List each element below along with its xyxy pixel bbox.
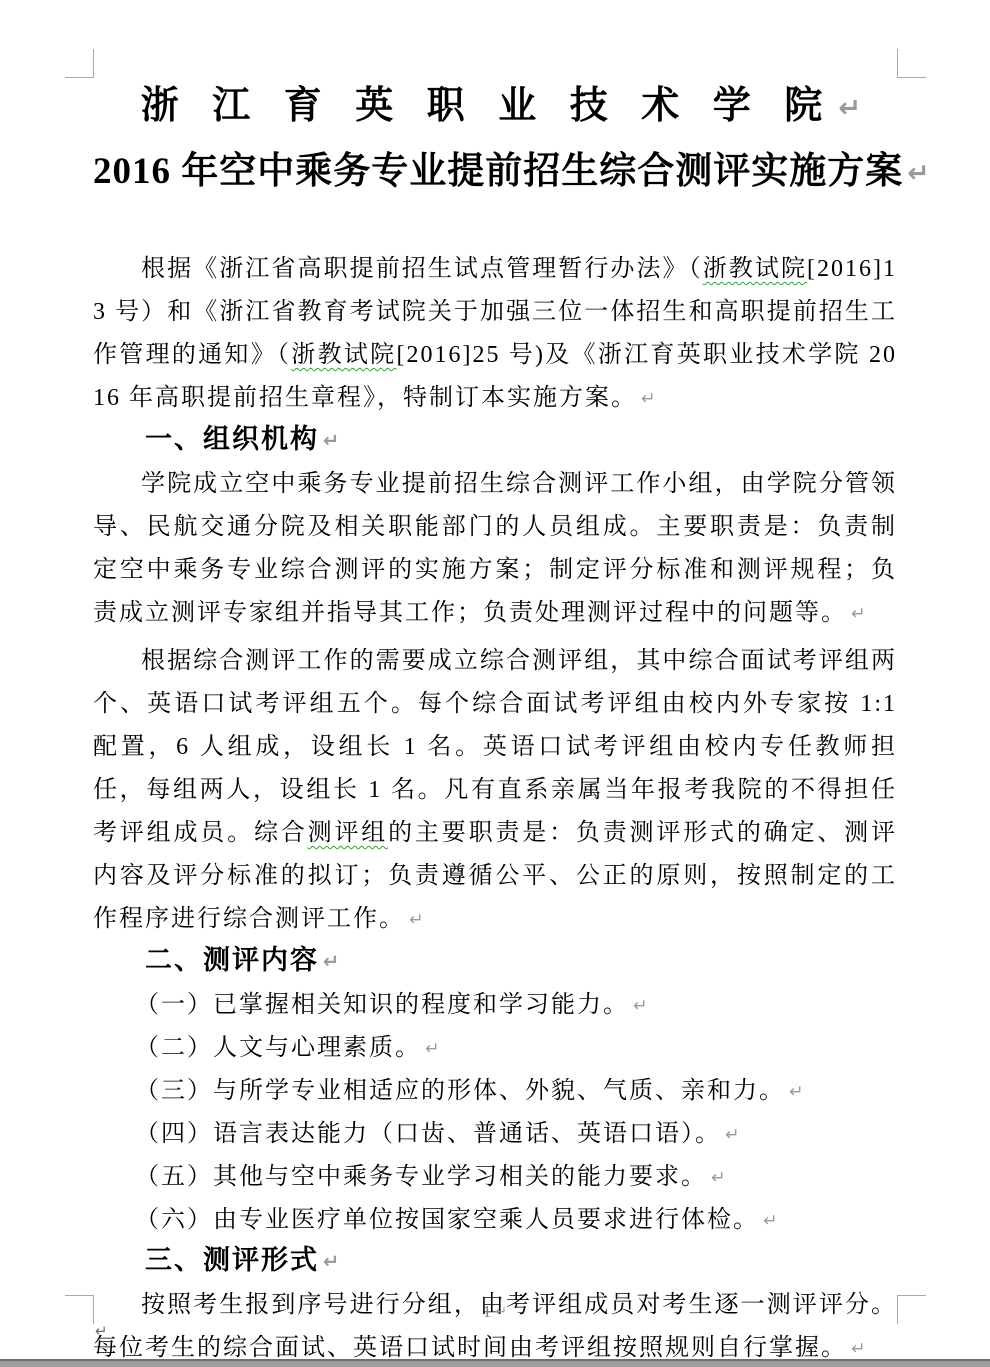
text-run: 学院成立空中乘务专业提前招生综合测评工作小组，由学院分管领导、民航交通分院及相关… xyxy=(93,471,897,626)
text-run: 二、测评内容 xyxy=(145,945,319,975)
list-item-3[interactable]: （三）与所学专业相适应的形体、外貌、气质、亲和力。↵ xyxy=(93,1070,897,1113)
paragraph-mark: ↵ xyxy=(847,604,865,624)
list-item-2[interactable]: （二）人文与心理素质。↵ xyxy=(93,1027,897,1070)
text-run: （三）与所学专业相适应的形体、外貌、气质、亲和力。 xyxy=(135,1078,785,1104)
paragraph-mark: ↵ xyxy=(319,1250,339,1273)
text-run: 三、测评形式 xyxy=(145,1245,319,1275)
paragraph-mark: ↵ xyxy=(834,93,861,124)
text-run: 一、组织机构 xyxy=(145,424,319,454)
heading-section-3[interactable]: 三、测评形式↵ xyxy=(93,1244,897,1278)
paragraph-mark: ↵ xyxy=(421,1039,439,1059)
page-bottom-edge xyxy=(0,1359,990,1367)
crop-mark-top-left xyxy=(65,49,94,78)
paragraph-intro[interactable]: 根据《浙江省高职提前招生试点管理暂行办法》（浙教试院[2016]13 号）和《浙… xyxy=(93,248,897,421)
paragraph-mark: ↵ xyxy=(405,910,423,930)
paragraph-mark: ↵ xyxy=(847,1339,865,1359)
text-run: 根据综合测评工作的需要成立综合测评组，其中综合面试考评组两个、英语口试考评组五个… xyxy=(93,648,897,846)
text-run: 2016 年空中乘务专业提前招生综合测评实施方案 xyxy=(93,151,903,192)
paragraph-organization-2[interactable]: 根据综合测评工作的需要成立综合测评组，其中综合面试考评组两个、英语口试考评组五个… xyxy=(93,640,897,942)
word-document-page: 浙 江 育 英 职 业 技 术 学 院↵ 2016 年空中乘务专业提前招生综合测… xyxy=(0,0,990,1367)
page-number: 1↵ xyxy=(0,1302,990,1322)
heading-section-2[interactable]: 二、测评内容↵ xyxy=(93,944,897,978)
crop-mark-top-right xyxy=(897,49,926,78)
paragraph-mark: ↵ xyxy=(319,950,339,973)
doc-title-line2[interactable]: 2016 年空中乘务专业提前招生综合测评实施方案↵ xyxy=(93,140,897,206)
document-text-area[interactable]: 浙 江 育 英 职 业 技 术 学 院↵ 2016 年空中乘务专业提前招生综合测… xyxy=(93,77,897,1367)
paragraph-mark: ↵ xyxy=(629,996,647,1016)
text-run: 根据《浙江省高职提前招生试点管理暂行办法》（ xyxy=(141,256,703,282)
spellcheck-squiggle-run: 浙教试院 xyxy=(291,342,396,368)
paragraph-mark: ↵ xyxy=(903,158,929,189)
paragraph-mark: ↵ xyxy=(759,1211,777,1231)
paragraph-mark: ↵ xyxy=(637,389,655,409)
list-item-1[interactable]: （一）已掌握相关知识的程度和学习能力。↵ xyxy=(93,984,897,1027)
paragraph-mark: ↵ xyxy=(95,1322,108,1340)
paragraph-mark: ↵ xyxy=(785,1082,803,1102)
paragraph-evaluation-format[interactable]: 按照考生报到序号进行分组，由考评组成员对考生逐一测评评分。每位考生的综合面试、英… xyxy=(93,1284,897,1367)
text-run: （五）其他与空中乘务专业学习相关的能力要求。 xyxy=(135,1164,707,1190)
paragraph-mark: ↵ xyxy=(319,429,339,452)
list-item-4[interactable]: （四）语言表达能力（口齿、普通话、英语口语）。↵ xyxy=(93,1113,897,1156)
paragraph-mark: ↵ xyxy=(721,1125,739,1145)
paragraph-organization-1[interactable]: 学院成立空中乘务专业提前招生综合测评工作小组，由学院分管领导、民航交通分院及相关… xyxy=(93,463,897,636)
heading-section-1[interactable]: 一、组织机构↵ xyxy=(93,423,897,457)
spellcheck-squiggle-run: 测评组 xyxy=(308,820,388,846)
list-item-6[interactable]: （六）由专业医疗单位按国家空乘人员要求进行体检。↵ xyxy=(93,1199,897,1242)
paragraph-mark: ↵ xyxy=(491,1304,507,1320)
text-run: （二）人文与心理素质。 xyxy=(135,1035,421,1061)
text-run: （一）已掌握相关知识的程度和学习能力。 xyxy=(135,992,629,1018)
text-run: 浙 江 育 英 职 业 技 术 学 院 xyxy=(141,85,835,127)
spellcheck-squiggle-run: 浙教试院 xyxy=(703,256,807,282)
text-run: （四）语言表达能力（口齿、普通话、英语口语）。 xyxy=(135,1121,721,1147)
paragraph-mark: ↵ xyxy=(707,1168,725,1188)
list-item-5[interactable]: （五）其他与空中乘务专业学习相关的能力要求。↵ xyxy=(93,1156,897,1199)
text-run: （六）由专业医疗单位按国家空乘人员要求进行体检。 xyxy=(135,1207,759,1233)
doc-title-line1[interactable]: 浙 江 育 英 职 业 技 术 学 院↵ xyxy=(93,77,897,138)
